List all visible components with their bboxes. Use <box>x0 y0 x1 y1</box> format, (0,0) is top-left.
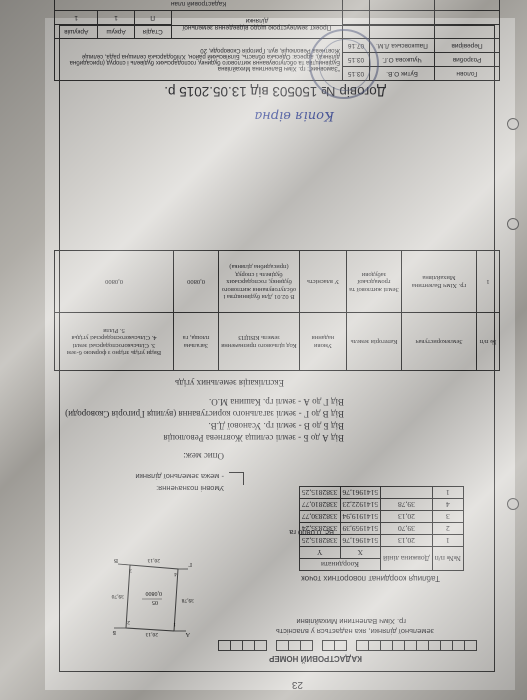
title-block: Головн Бутик О.В. 03.15 "Замовник": гр. … <box>54 0 500 81</box>
svg-text:Г: Г <box>188 561 192 567</box>
cadastral-digit-box <box>368 640 381 651</box>
hdr-purpose-code: Код цільового призначення земель КВЦПЗ <box>219 313 300 371</box>
cadastral-digit-box <box>322 640 335 651</box>
svg-text:4: 4 <box>174 571 177 577</box>
svg-text:05: 05 <box>152 599 158 605</box>
cadastral-box-group <box>276 640 312 651</box>
explication-row: 1 гр. Хімч Валентина Михайлівна Землі жи… <box>55 251 500 313</box>
hdr-total-area: Загальна площа, га <box>174 313 219 371</box>
explication-table: № п/п Землекористувач Категорія земель У… <box>54 250 500 371</box>
cadastral-digit-box <box>356 640 369 651</box>
owner-line-2: гр. Хімч Валентини Михайлівни <box>296 617 406 626</box>
legend-title: Умовні позначення: <box>156 484 224 493</box>
plot-drawing: А Б В Г 1 2 3 4 20,13 39,70 20,13 39,78 … <box>74 553 194 643</box>
document-photo: 23 КАДАСТРОВИЙ НОМЕР земельної ділянки, … <box>0 0 527 700</box>
cadastral-digit-box <box>288 640 301 651</box>
cadastral-digit-box <box>428 640 441 651</box>
boundary-line: Від В до Г - землі загального користуван… <box>65 409 344 419</box>
boundary-line: Від Г до А - землі гр. Кашина М.О. <box>209 397 344 407</box>
svg-text:20,13: 20,13 <box>145 631 158 637</box>
drawing-frame: КАДАСТРОВИЙ НОМЕР земельної ділянки, яка… <box>59 25 495 672</box>
cadastral-box-group <box>356 640 476 651</box>
boundary-line: Від Б до В - землі гр. Усанової Д.В. <box>208 421 344 431</box>
cadastral-digit-box <box>218 640 231 651</box>
svg-text:2: 2 <box>127 619 130 625</box>
svg-text:39,70: 39,70 <box>111 593 124 599</box>
svg-text:1: 1 <box>173 621 176 627</box>
hdr-num: № п/п <box>477 313 500 371</box>
cadastral-digit-box <box>452 640 465 651</box>
legend-boundary: - межа земельної ділянки <box>135 472 224 481</box>
cadastral-box-group <box>218 640 266 651</box>
punch-hole <box>507 118 519 130</box>
coord-row: 320,135141919,943382830,77 <box>299 511 463 523</box>
cadastral-digit-box <box>300 640 313 651</box>
cadastral-digit-box <box>380 640 393 651</box>
col-y: Y <box>299 547 340 559</box>
hdr-user: Землекористувач <box>402 313 477 371</box>
coord-table-title: Таблиця координат поворотних точок <box>301 574 440 583</box>
svg-text:20,13: 20,13 <box>147 557 160 563</box>
svg-text:0,0800: 0,0800 <box>146 590 163 596</box>
plot-outline: А Б В Г 1 2 3 4 20,13 39,70 20,13 39,78 … <box>74 553 194 643</box>
cadastral-digit-box <box>416 640 429 651</box>
explication-title: Експлікація земельних угідь <box>175 378 284 388</box>
project-title: Проект землеустрою щодо відведення земел… <box>171 11 342 39</box>
svg-text:В: В <box>114 557 118 563</box>
hdr-land-types: Види угідь згідно з формою 6-зем 3. Сіль… <box>55 313 174 371</box>
punch-hole <box>507 498 519 510</box>
boundary-symbol <box>229 472 244 485</box>
svg-text:Б: Б <box>112 629 116 635</box>
cadastral-digit-box <box>276 640 289 651</box>
page-number: 23 <box>292 679 303 690</box>
official-stamp-inner <box>319 39 371 91</box>
hdr-conditions: Умови надання <box>300 313 347 371</box>
document-sheet: 23 КАДАСТРОВИЙ НОМЕР земельної ділянки, … <box>45 18 515 690</box>
cadastral-digit-box <box>404 640 417 651</box>
cadastral-number-boxes <box>218 640 476 651</box>
plan-label: Кадастровий план <box>55 0 343 11</box>
total-area-label: Вс. 0,0800 га <box>289 528 334 537</box>
cadastral-digit-box <box>392 640 405 651</box>
cadastral-digit-box <box>230 640 243 651</box>
col-length: Довжина ліній <box>381 547 433 571</box>
col-x: X <box>340 547 381 559</box>
cadastral-digit-box <box>254 640 267 651</box>
svg-text:39,78: 39,78 <box>181 597 194 603</box>
cadastral-digit-box <box>334 640 347 651</box>
col-coords: Координати <box>299 559 380 571</box>
cadastral-digit-box <box>464 640 477 651</box>
svg-text:А: А <box>185 631 190 637</box>
coord-row: 439,785141922,233382810,77 <box>299 499 463 511</box>
col-num: №№ п/п <box>432 547 463 571</box>
cadastral-box-group <box>322 640 346 651</box>
boundary-line: Від А до Б - землі селища Жовтнева Револ… <box>163 433 344 443</box>
cadastral-number-title: КАДАСТРОВИЙ НОМЕР <box>269 654 362 663</box>
coord-row: 15141961,763382815,25 <box>299 487 463 499</box>
boundaries-title: Опис меж: <box>183 451 224 461</box>
cadastral-digit-box <box>242 640 255 651</box>
owner-line-1: земельної ділянки, яка надається у власн… <box>276 627 434 636</box>
cadastral-digit-box <box>440 640 453 651</box>
handwritten-certification: Копія вірна <box>254 108 334 123</box>
punch-hole <box>507 218 519 230</box>
svg-text:3: 3 <box>129 567 132 573</box>
hdr-category: Категорія земель <box>347 313 402 371</box>
